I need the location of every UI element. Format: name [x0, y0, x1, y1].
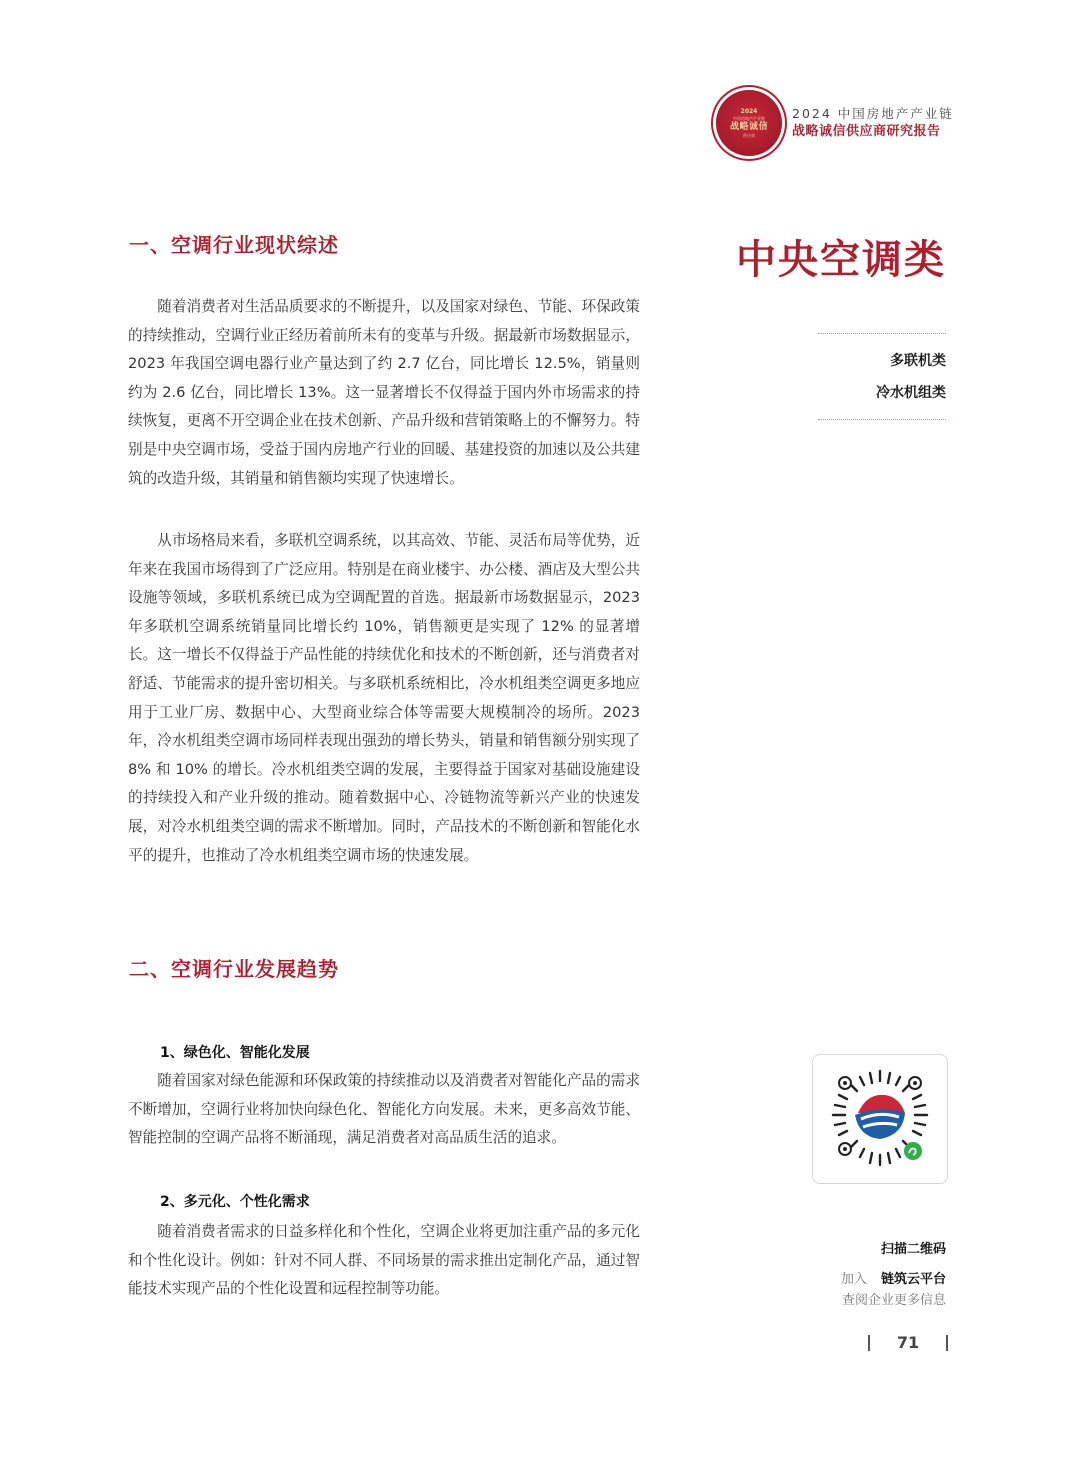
- page-number-left-bar: [868, 1335, 870, 1351]
- page-number-right-bar: [946, 1335, 948, 1351]
- page-number: 71: [868, 1333, 948, 1352]
- subsection-text-2: 随着消费者需求的日益多样化和个性化，空调企业将更加注重产品的多元化和个性化设计。…: [128, 1218, 640, 1304]
- more-info-line: 查阅企业更多信息: [842, 1289, 946, 1308]
- report-title-line1: 2024 中国房地产产业链: [792, 105, 954, 123]
- dotted-divider-bottom: [818, 419, 946, 420]
- subsection-text-1: 随着国家对绿色能源和环保政策的持续推动以及消费者对智能化产品的需求不断增加，空调…: [128, 1067, 640, 1153]
- subsection-heading-1: 1、绿色化、智能化发展: [160, 1042, 310, 1062]
- report-title-line2: 战略诚信供应商研究报告: [792, 123, 954, 141]
- seal-main-text: 战略诚信: [730, 122, 768, 133]
- dotted-divider-top: [818, 333, 946, 334]
- subcategory-multi-split: 多联机类: [890, 350, 946, 370]
- report-header: 2024 中国房地产产业链 战略诚信 供应商 2024 中国房地产产业链 战略诚…: [716, 90, 954, 156]
- seal-year: 2024: [741, 108, 758, 116]
- subcategory-chiller: 冷水机组类: [876, 382, 946, 402]
- subsection-heading-2: 2、多元化、个性化需求: [160, 1191, 310, 1211]
- join-prefix: 加入: [841, 1272, 867, 1287]
- page-number-value: 71: [897, 1333, 919, 1352]
- scan-qr-label: 扫描二维码: [881, 1238, 946, 1257]
- section-title-2: 二、空调行业发展趋势: [129, 953, 339, 982]
- section1-paragraph-2: 从市场格局来看，多联机空调系统，以其高效、节能、灵活布局等优势，近年来在我国市场…: [128, 527, 640, 870]
- category-title: 中央空调类: [736, 228, 946, 285]
- section-title-1: 一、空调行业现状综述: [129, 229, 339, 258]
- strategic-integrity-seal-logo: 2024 中国房地产产业链 战略诚信 供应商: [716, 90, 782, 156]
- section1-paragraph-1: 随着消费者对生活品质要求的不断提升，以及国家对绿色、节能、环保政策的持续推动，空…: [128, 293, 640, 493]
- mini-program-qr-code[interactable]: [812, 1054, 948, 1184]
- qr-code-icon: [825, 1065, 935, 1173]
- seal-bottom-text: 供应商: [743, 133, 755, 139]
- join-platform-line: 加入链筑云平台: [841, 1268, 946, 1287]
- platform-name: 链筑云平台: [881, 1272, 946, 1287]
